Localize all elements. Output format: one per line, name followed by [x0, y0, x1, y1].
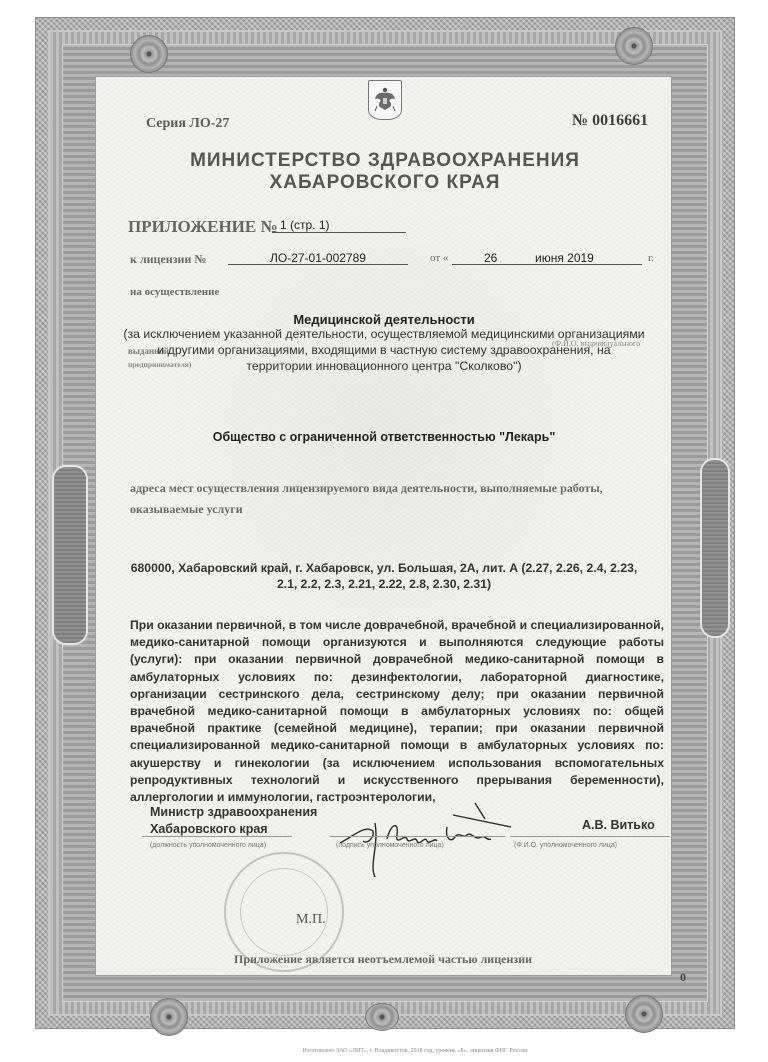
- side-panel-ornament-right: [700, 458, 730, 638]
- activity-label: на осуществление: [130, 286, 219, 298]
- handwritten-signature: [335, 795, 525, 885]
- side-panel-ornament-left: [52, 465, 88, 645]
- activity-description: (за исключением указанной деятельности, …: [100, 326, 668, 374]
- addresses-label-line-2: оказываемые услуги: [130, 499, 603, 520]
- address-line-1: 680000, Хабаровский край, г. Хабаровск, …: [100, 560, 668, 576]
- caption-name: (Ф.И.О. уполномоченного лица): [514, 842, 617, 849]
- printer-imprint: Изготовлено ЗАО «ЛИТ», г. Владивосток, 2…: [250, 1048, 580, 1054]
- authority-line-2: ХАБАРОВСКОГО КРАЯ: [150, 172, 620, 194]
- services-description: При оказании первичной, в том числе довр…: [130, 617, 664, 806]
- activity-description-line-1: (за исключением указанной деятельности, …: [100, 326, 668, 342]
- signatory-name: А.В. Витько: [582, 818, 655, 832]
- form-number: № 0016661: [572, 112, 648, 130]
- series-label: Серия ЛО-27: [146, 116, 229, 132]
- stamp-placeholder-label: М.П.: [296, 912, 326, 928]
- caption-position: (должность уполномоченного лица): [150, 842, 266, 849]
- annex-number-value: 1 (стр. 1): [280, 218, 330, 232]
- license-number-value: ЛО-27-01-002789: [270, 251, 366, 265]
- annex-footer-note: Приложение является неотъемлемой частью …: [234, 952, 532, 967]
- caption-signature: (подпись уполномоченного лица): [336, 842, 444, 849]
- licensee-name: Общество с ограниченной ответственностью…: [100, 430, 668, 444]
- issuing-authority: МИНИСТЕРСТВО ЗДРАВООХРАНЕНИЯ ХАБАРОВСКОГ…: [150, 150, 620, 194]
- russian-coat-of-arms-icon: [368, 80, 402, 120]
- activity-description-line-2: и другими организациями, входящими в час…: [100, 342, 668, 358]
- license-number-label: к лицензии №: [130, 252, 206, 267]
- addresses-label: адреса мест осуществления лицензируемого…: [130, 478, 603, 520]
- license-month-year: июня 2019: [535, 251, 594, 265]
- signatory-position: Министр здравоохранения Хабаровского кра…: [150, 804, 317, 838]
- rosette-ornament-top-right: [615, 27, 653, 65]
- rosette-ornament-bottom-right: [625, 995, 663, 1033]
- license-date-prefix: от «: [430, 252, 448, 264]
- address-list: 680000, Хабаровский край, г. Хабаровск, …: [100, 560, 668, 592]
- rosette-ornament-top-left: [130, 35, 168, 73]
- license-year-suffix: г.: [648, 252, 654, 264]
- rosette-ornament-bottom-center: [365, 1003, 399, 1031]
- annex-label: ПРИЛОЖЕНИЕ №: [128, 217, 278, 237]
- signatory-position-line-1: Министр здравоохранения: [150, 804, 317, 821]
- addresses-label-line-1: адреса мест осуществления лицензируемого…: [130, 478, 603, 499]
- activity-title: Медицинской деятельности: [100, 312, 668, 327]
- rosette-ornament-bottom-left: [150, 998, 188, 1036]
- address-line-2: 2.1, 2.2, 2.3, 2.21, 2.22, 2.8, 2.30, 2.…: [100, 576, 668, 592]
- activity-description-line-3: территории инновационного центра "Сколко…: [100, 358, 668, 374]
- authority-line-1: МИНИСТЕРСТВО ЗДРАВООХРАНЕНИЯ: [150, 150, 620, 172]
- license-day: 26: [484, 251, 497, 265]
- page-mark: 0: [680, 970, 686, 985]
